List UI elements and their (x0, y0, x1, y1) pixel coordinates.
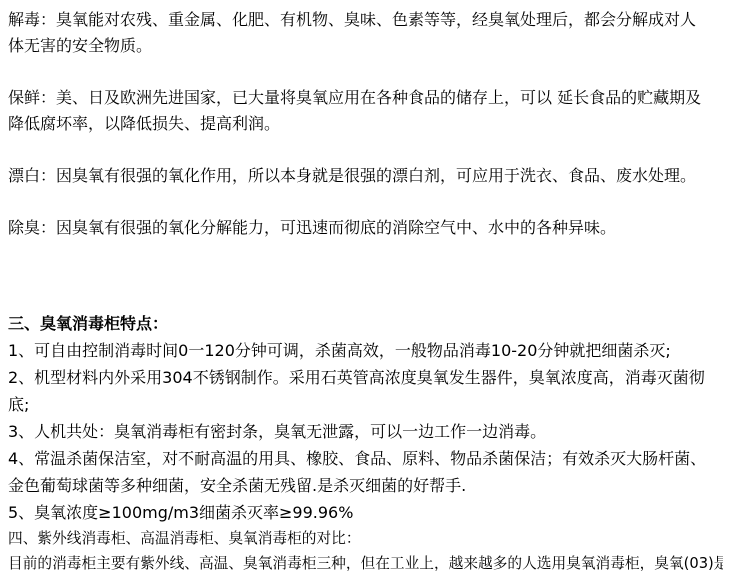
paragraph-detox: 解毒：臭氧能对农残、重金属、化肥、有机物、臭味、色素等等，经臭氧处理后，都会分解… (8, 7, 723, 59)
feature-item-2: 2、机型材料内外采用304不锈钢制作。采用石英管高浓度臭氧发生器件，臭氧浓度高，… (8, 364, 723, 418)
text-line: 体无害的安全物质。 (8, 33, 723, 59)
section-comparison: 四、紫外线消毒柜、高温消毒柜、臭氧消毒柜的对比： 目前的消毒柜主要有紫外线、高温… (8, 526, 723, 571)
feature-line: 底; (8, 391, 723, 418)
features-heading: 三、臭氧消毒柜特点： (8, 310, 723, 337)
feature-line: 1、可自由控制消毒时间0一120分钟可调，杀菌高效，一般物品消毒10-20分钟就… (8, 337, 723, 364)
paragraph-deodorizing: 除臭：因臭氧有很强的氧化分解能力，可迅速而彻底的消除空气中、水中的各种异味。 (8, 215, 723, 241)
comparison-text: 目前的消毒柜主要有紫外线、高温、臭氧消毒柜三种，但在工业上，越来越多的人选用臭氧… (8, 551, 723, 571)
text-line: 除臭：因臭氧有很强的氧化分解能力，可迅速而彻底的消除空气中、水中的各种异味。 (8, 215, 723, 241)
text-line: 漂白：因臭氧有很强的氧化作用，所以本身就是很强的漂白剂，可应用于洗衣、食品、废水… (8, 163, 723, 189)
feature-item-5: 5、臭氧浓度≥100mg/m3细菌杀灭率≥99.96% (8, 499, 723, 526)
feature-line: 金色葡萄球菌等多种细菌，安全杀菌无残留.是杀灭细菌的好帮手. (8, 472, 723, 499)
document-page: 解毒：臭氧能对农残、重金属、化肥、有机物、臭味、色素等等，经臭氧处理后，都会分解… (0, 0, 729, 571)
feature-line: 5、臭氧浓度≥100mg/m3细菌杀灭率≥99.96% (8, 499, 723, 526)
text-line: 解毒：臭氧能对农残、重金属、化肥、有机物、臭味、色素等等，经臭氧处理后，都会分解… (8, 7, 723, 33)
paragraph-freshness: 保鲜：美、日及欧洲先进国家，已大量将臭氧应用在各种食品的储存上，可以 延长食品的… (8, 85, 723, 137)
feature-item-1: 1、可自由控制消毒时间0一120分钟可调，杀菌高效，一般物品消毒10-20分钟就… (8, 337, 723, 364)
comparison-heading: 四、紫外线消毒柜、高温消毒柜、臭氧消毒柜的对比： (8, 526, 723, 551)
feature-item-4: 4、常温杀菌保洁室，对不耐高温的用具、橡胶、食品、原料、物品杀菌保洁；有效杀灭大… (8, 445, 723, 499)
feature-item-3: 3、人机共处：臭氧消毒柜有密封条，臭氧无泄露，可以一边工作一边消毒。 (8, 418, 723, 445)
section-ozone-functions: 解毒：臭氧能对农残、重金属、化肥、有机物、臭味、色素等等，经臭氧处理后，都会分解… (8, 7, 723, 241)
feature-line: 2、机型材料内外采用304不锈钢制作。采用石英管高浓度臭氧发生器件，臭氧浓度高，… (8, 364, 723, 391)
feature-line: 4、常温杀菌保洁室，对不耐高温的用具、橡胶、食品、原料、物品杀菌保洁；有效杀灭大… (8, 445, 723, 472)
feature-line: 3、人机共处：臭氧消毒柜有密封条，臭氧无泄露，可以一边工作一边消毒。 (8, 418, 723, 445)
text-line: 降低腐坏率，以降低损失、提高利润。 (8, 111, 723, 137)
paragraph-bleaching: 漂白：因臭氧有很强的氧化作用，所以本身就是很强的漂白剂，可应用于洗衣、食品、废水… (8, 163, 723, 189)
section-cabinet-features: 三、臭氧消毒柜特点： 1、可自由控制消毒时间0一120分钟可调，杀菌高效，一般物… (8, 310, 723, 526)
text-line: 保鲜：美、日及欧洲先进国家，已大量将臭氧应用在各种食品的储存上，可以 延长食品的… (8, 85, 723, 111)
